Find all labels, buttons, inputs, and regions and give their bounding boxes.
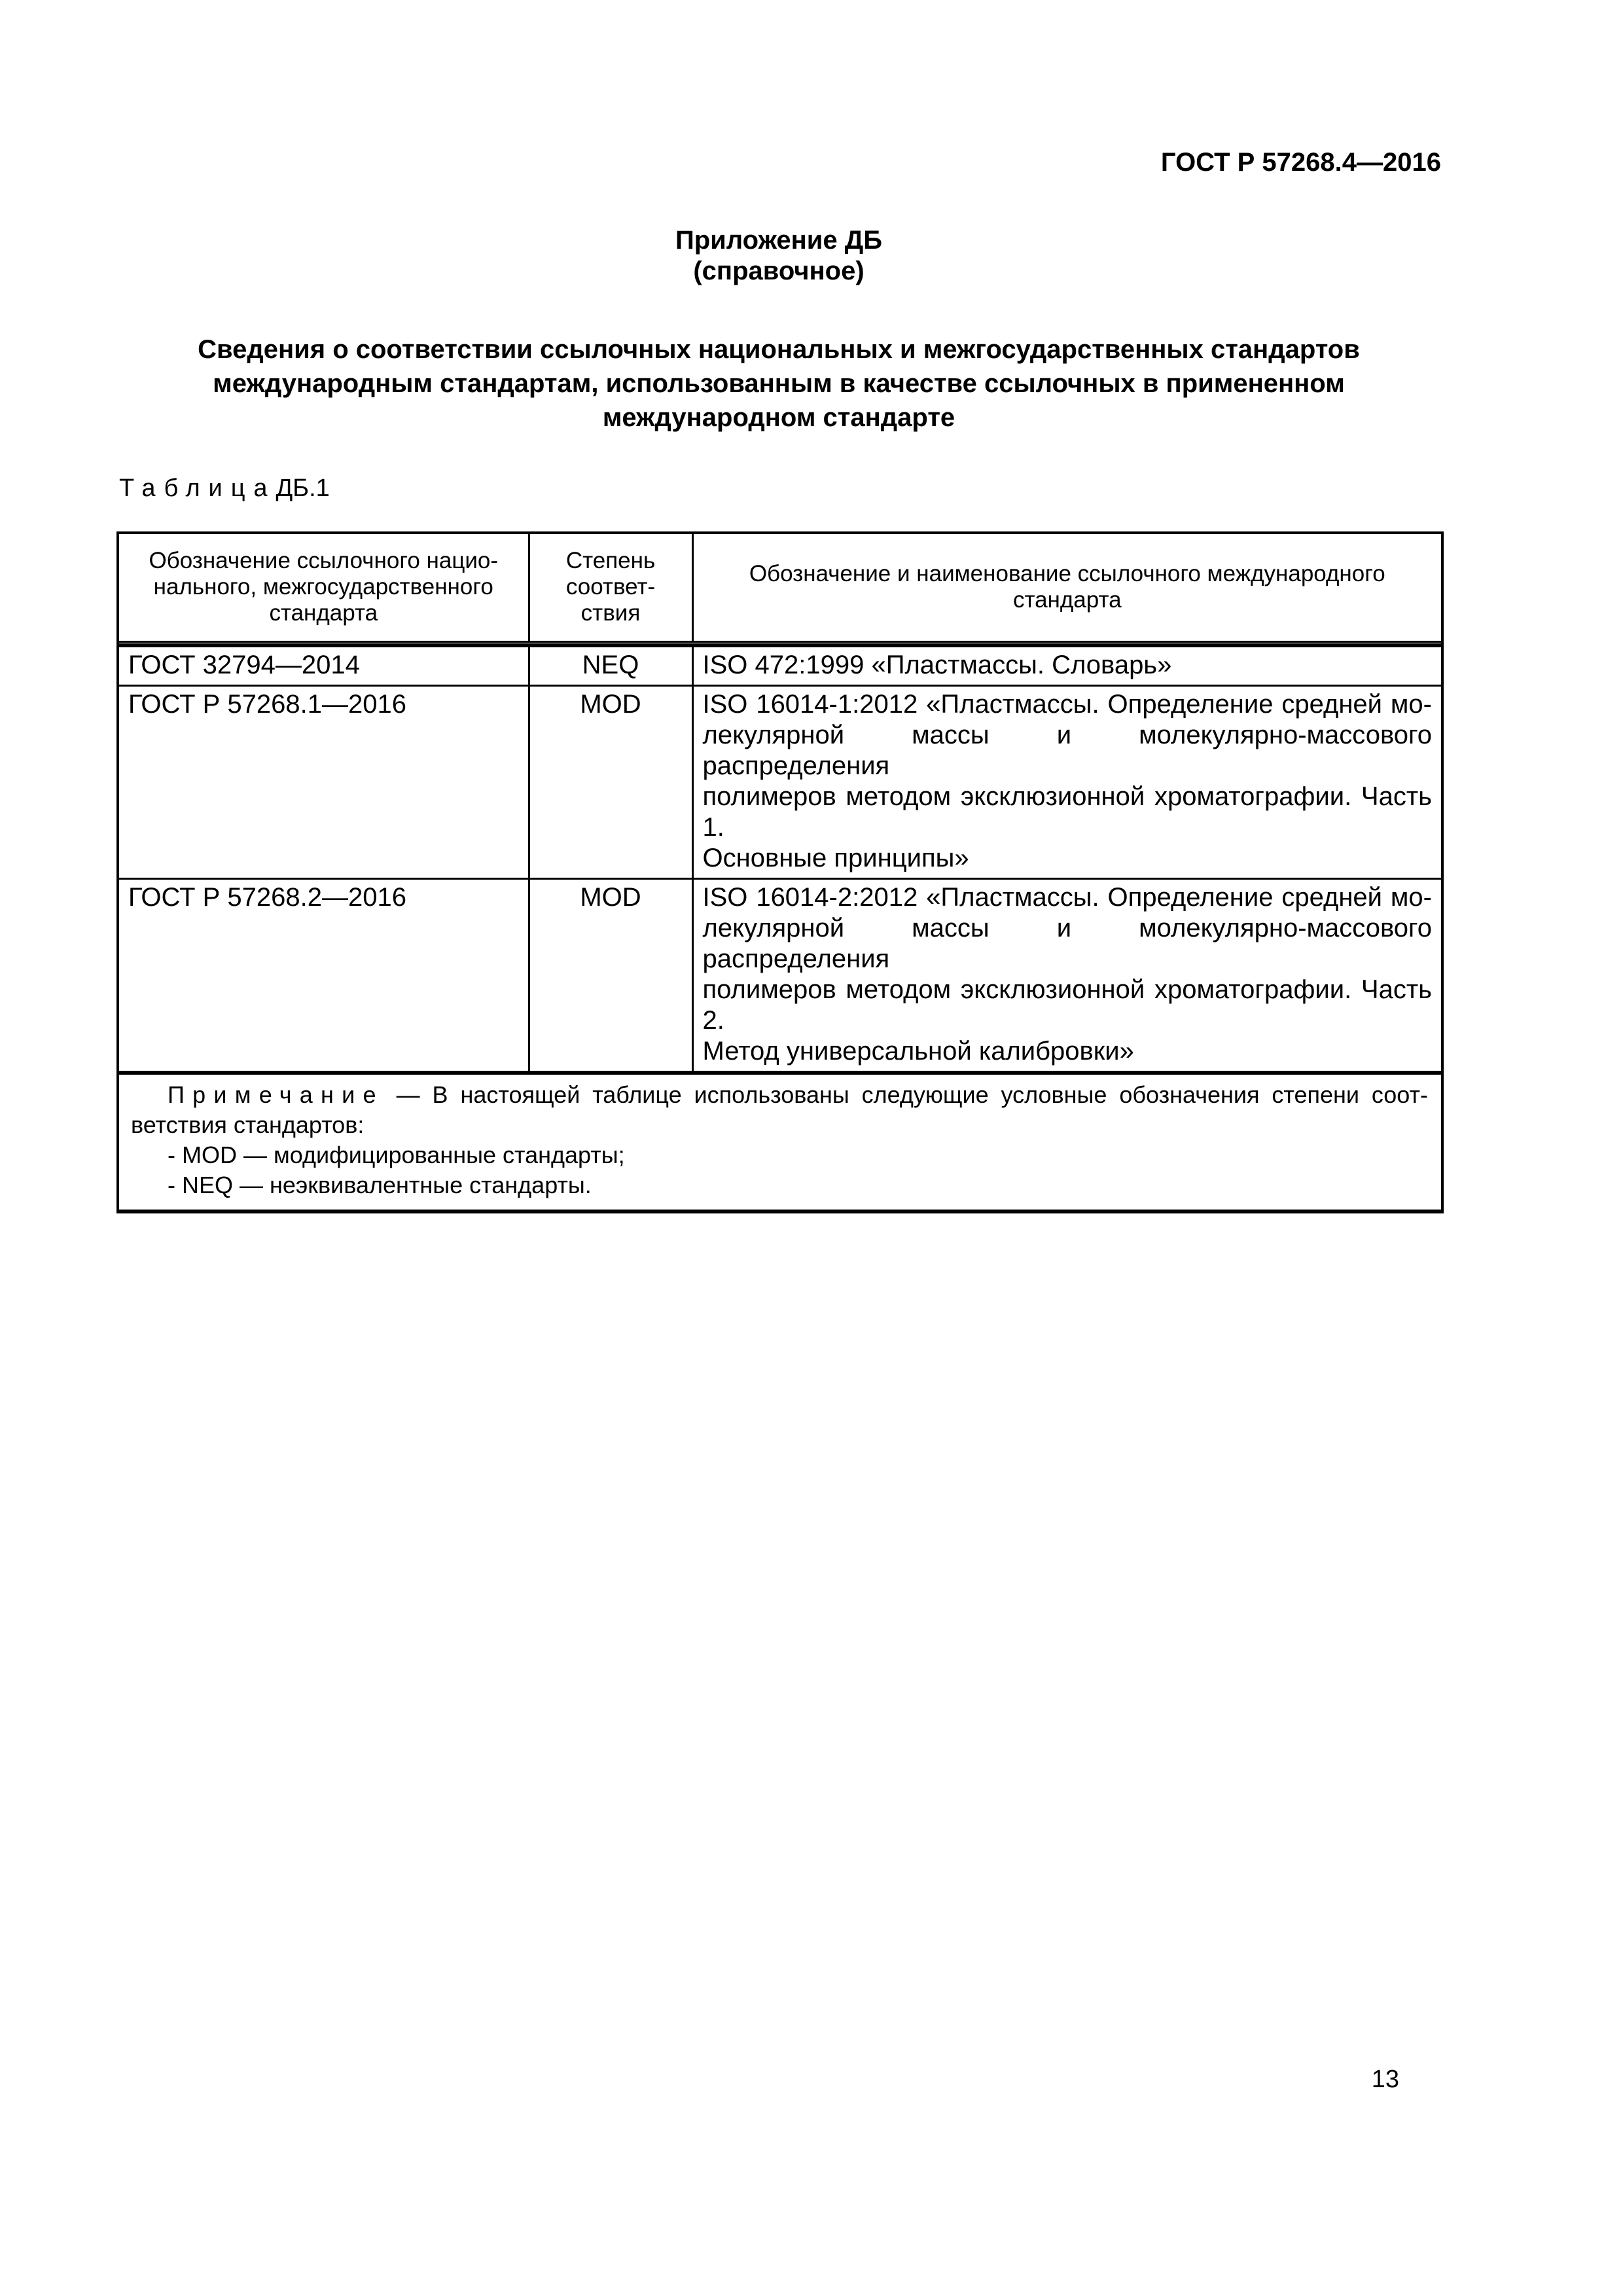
page-title-line: Сведения о соответствии ссылочных национ… xyxy=(116,332,1441,367)
page-number: 13 xyxy=(1372,2066,1399,2094)
header-line: стандарта xyxy=(126,600,522,626)
cell-degree: MOD xyxy=(529,879,692,1073)
document-code-header: ГОСТ Р 57268.4—2016 xyxy=(1161,148,1441,177)
appendix-subtitle: (справочное) xyxy=(116,256,1441,287)
header-line: Обозначение и наименование ссылочного ме… xyxy=(700,561,1435,587)
note-intro-text: — В настоящей таблице использованы следу… xyxy=(397,1081,1428,1108)
cell-degree: MOD xyxy=(529,686,692,879)
cell-international-standard: ISO 16014-2:2012 «Пластмассы. Определени… xyxy=(692,879,1442,1073)
header-line: нального, межгосударственного xyxy=(126,574,522,600)
table-caption: ТаблицаДБ.1 xyxy=(119,474,330,503)
header-line: Обозначение ссылочного нацио- xyxy=(126,548,522,574)
correspondence-table: Обозначение ссылочного нацио- нального, … xyxy=(116,531,1444,1213)
cell-international-standard: ISO 472:1999 «Пластмассы. Словарь» xyxy=(692,645,1442,686)
note-intro-line: Примечание — В настоящей таблице использ… xyxy=(131,1080,1428,1110)
cell-text-line: лекулярной массы и молекулярно-массового… xyxy=(703,913,1433,975)
cell-text-line: Метод универсальной калибровки» xyxy=(703,1036,1433,1067)
cell-national-standard: ГОСТ Р 57268.2—2016 xyxy=(118,879,529,1073)
table-row: ГОСТ 32794—2014 NEQ ISO 472:1999 «Пластм… xyxy=(118,645,1442,686)
note-continuation-line: ветствия стандартов: xyxy=(131,1110,1428,1140)
table-note: Примечание — В настоящей таблице использ… xyxy=(118,1073,1442,1211)
cell-text-line: ISO 16014-2:2012 «Пластмассы. Определени… xyxy=(703,882,1433,913)
column-header-degree: Степень соответ- ствия xyxy=(529,533,692,641)
column-header-national-standard: Обозначение ссылочного нацио- нального, … xyxy=(118,533,529,641)
note-item: - NEQ — неэквивалентные стандарты. xyxy=(131,1170,1428,1200)
table-row: ГОСТ Р 57268.2—2016 MOD ISO 16014-2:2012… xyxy=(118,879,1442,1073)
appendix-title: Приложение ДБ xyxy=(116,225,1441,256)
cell-degree: NEQ xyxy=(529,645,692,686)
page-title: Сведения о соответствии ссылочных национ… xyxy=(116,332,1441,435)
table-row: ГОСТ Р 57268.1—2016 MOD ISO 16014-1:2012… xyxy=(118,686,1442,879)
cell-text-line: ISO 472:1999 «Пластмассы. Словарь» xyxy=(703,650,1433,681)
table-note-row: Примечание — В настоящей таблице использ… xyxy=(118,1073,1442,1211)
cell-international-standard: ISO 16014-1:2012 «Пластмассы. Определени… xyxy=(692,686,1442,879)
table-caption-code: ДБ.1 xyxy=(276,475,329,502)
header-line: соответ- xyxy=(537,574,685,600)
table-caption-word: Таблица xyxy=(119,475,276,502)
cell-text-line: лекулярной массы и молекулярно-массового… xyxy=(703,720,1433,781)
page-title-line: международным стандартам, использованным… xyxy=(116,367,1441,401)
appendix-heading: Приложение ДБ (справочное) xyxy=(116,225,1441,287)
header-line: ствия xyxy=(537,600,685,626)
note-item: - MOD — модифицированные стандарты; xyxy=(131,1140,1428,1170)
table-header-row: Обозначение ссылочного нацио- нального, … xyxy=(118,533,1442,641)
column-header-international-standard: Обозначение и наименование ссылочного ме… xyxy=(692,533,1442,641)
cell-text-line: ISO 16014-1:2012 «Пластмассы. Определени… xyxy=(703,689,1433,720)
cell-national-standard: ГОСТ Р 57268.1—2016 xyxy=(118,686,529,879)
document-page: ГОСТ Р 57268.4—2016 Приложение ДБ (справ… xyxy=(0,0,1623,2296)
header-line: Степень xyxy=(537,548,685,574)
note-label: Примечание xyxy=(168,1081,384,1108)
page-title-line: международном стандарте xyxy=(116,401,1441,435)
cell-text-line: полимеров методом эксклюзионной хроматог… xyxy=(703,975,1433,1036)
cell-text-line: полимеров методом эксклюзионной хроматог… xyxy=(703,781,1433,843)
cell-text-line: Основные принципы» xyxy=(703,843,1433,874)
header-line: стандарта xyxy=(700,587,1435,613)
cell-national-standard: ГОСТ 32794—2014 xyxy=(118,645,529,686)
